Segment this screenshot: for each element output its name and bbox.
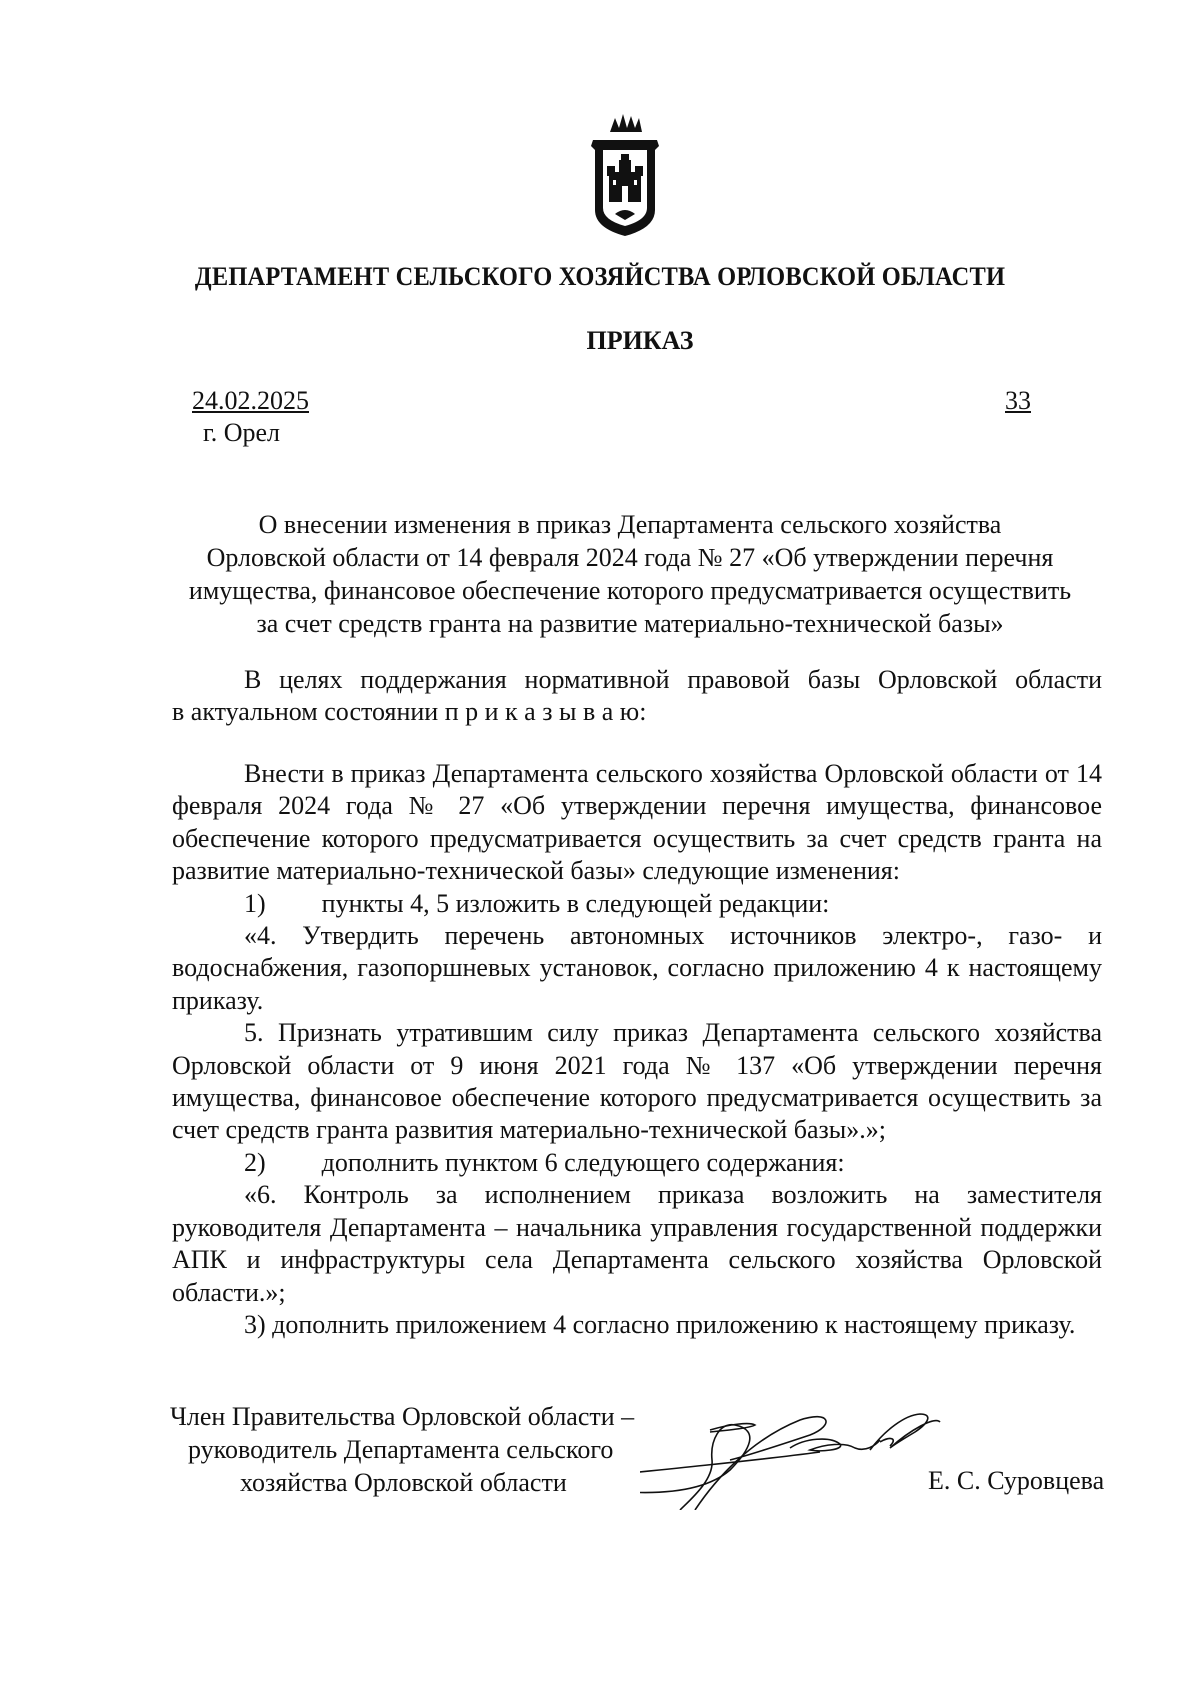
paragraph-5: 5. Признать утратившим силу приказ Депар… — [172, 1017, 1102, 1147]
intro-paragraph: Внести в приказ Департамента сельского х… — [172, 758, 1102, 888]
position-line: хозяйства Орловской области — [170, 1466, 634, 1499]
subject-line: за счет средств гранта на развитие матер… — [170, 607, 1090, 640]
preamble-line-2: в актуальном состоянии п р и к а з ы в а… — [172, 696, 1102, 728]
subject-line: имущества, финансовое обеспечение которо… — [170, 574, 1090, 607]
coat-of-arms-icon — [575, 110, 675, 240]
item-2: 2)дополнить пунктом 6 следующего содержа… — [172, 1147, 1102, 1179]
document-date: 24.02.2025 — [192, 386, 309, 416]
item-1: 1)пункты 4, 5 изложить в следующей редак… — [172, 888, 1102, 920]
item-2-number: 2) — [244, 1148, 266, 1177]
signatory-name: Е. С. Суровцева — [928, 1466, 1104, 1496]
preamble-prefix: в актуальном состоянии — [172, 697, 445, 726]
paragraph-4: «4. Утвердить перечень автономных источн… — [172, 920, 1102, 1017]
department-title: ДЕПАРТАМЕНТ СЕЛЬСКОГО ХОЗЯЙСТВА ОРЛОВСКО… — [36, 262, 1164, 292]
document-city: г. Орел — [203, 418, 280, 448]
paragraph-6: «6. Контроль за исполнением приказа возл… — [172, 1179, 1102, 1309]
handwritten-signature-icon — [640, 1400, 960, 1510]
subject-line: Орловской области от 14 февраля 2024 год… — [170, 541, 1090, 574]
signatory-position: Член Правительства Орловской области – р… — [170, 1400, 634, 1499]
item-1-text: пункты 4, 5 изложить в следующей редакци… — [322, 889, 830, 918]
item-1-number: 1) — [244, 889, 266, 918]
preamble-order-word: п р и к а з ы в а ю: — [445, 697, 647, 726]
item-2-text: дополнить пунктом 6 следующего содержани… — [322, 1148, 845, 1177]
preamble: В целях поддержания нормативной правовой… — [172, 664, 1102, 729]
position-line: Член Правительства Орловской области – — [170, 1400, 634, 1433]
document-page: ДЕПАРТАМЕНТ СЕЛЬСКОГО ХОЗЯЙСТВА ОРЛОВСКО… — [0, 0, 1200, 1690]
subject-line: О внесении изменения в приказ Департамен… — [170, 508, 1090, 541]
document-type: ПРИКАЗ — [0, 326, 1200, 356]
document-subject: О внесении изменения в приказ Департамен… — [170, 508, 1090, 640]
position-line: руководитель Департамента сельского — [170, 1433, 634, 1466]
item-3: 3) дополнить приложением 4 согласно прил… — [172, 1309, 1102, 1341]
document-number: 33 — [1005, 386, 1031, 416]
preamble-line-1: В целях поддержания нормативной правовой… — [172, 664, 1102, 696]
main-body: Внести в приказ Департамента сельского х… — [172, 758, 1102, 1341]
